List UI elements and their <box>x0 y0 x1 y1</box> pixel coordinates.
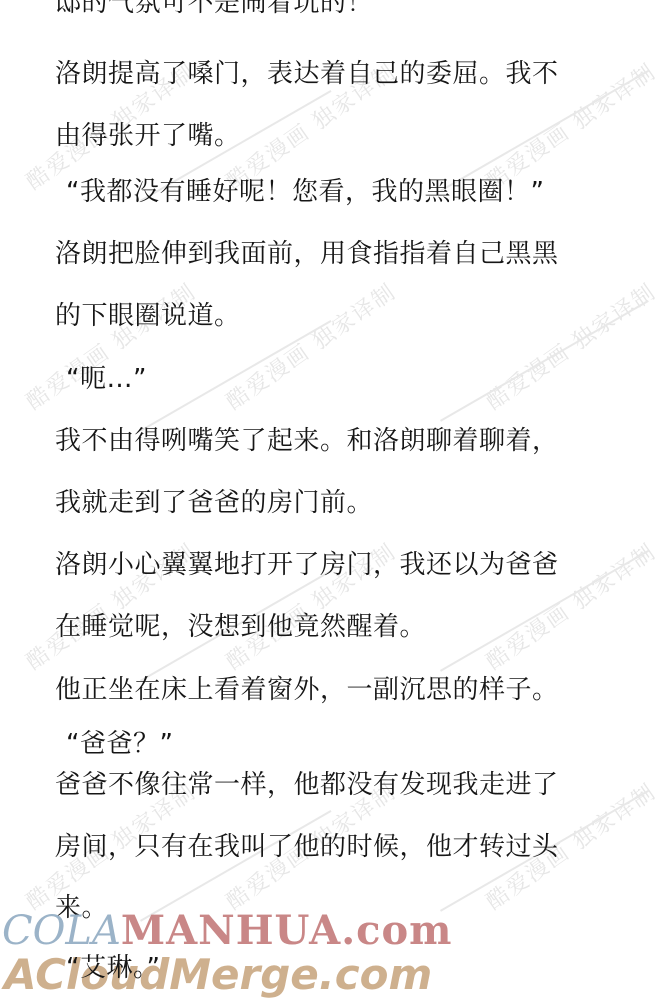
paragraph-line: 爸爸不像往常一样，他都没有发现我走进了 <box>55 768 559 802</box>
paragraph-line: 洛朗把脸伸到我面前，用食指指着自己黑黑 <box>55 237 559 271</box>
paragraph-line: 洛朗小心翼翼地打开了房门，我还以为爸爸 <box>55 548 559 582</box>
paragraph-line: 在睡觉呢，没想到他竟然醒着。 <box>55 610 426 644</box>
dialogue-line: “爸爸？” <box>66 727 173 761</box>
paragraph-line: 由得张开了嘴。 <box>55 119 241 153</box>
paragraph-line: 洛朗提高了嗓门，表达着自己的委屈。我不 <box>55 57 559 91</box>
novel-page: 邸的气氛可不是闹着玩的！ 洛朗提高了嗓门，表达着自己的委屈。我不 由得张开了嘴。… <box>0 0 660 1001</box>
watermark-cola-part: COLA <box>2 908 121 954</box>
dialogue-line: “呃…” <box>66 362 147 396</box>
paragraph-line: 的下眼圈说道。 <box>55 299 241 333</box>
paragraph-line: 我就走到了爸爸的房门前。 <box>55 486 373 520</box>
watermark-manhua-part: MANHUA.com <box>121 907 453 954</box>
dialogue-line: “我都没有睡好呢！您看，我的黑眼圈！” <box>66 175 544 209</box>
paragraph-line: 他正坐在床上看着窗外，一副沉思的样子。 <box>55 673 559 707</box>
paragraph-line: 邸的气氛可不是闹着玩的！ <box>55 0 373 20</box>
colamanhua-watermark: COLAMANHUA.com <box>2 907 453 954</box>
paragraph-line: 房间，只有在我叫了他的时候，他才转过头 <box>55 830 559 864</box>
paragraph-line: 我不由得咧嘴笑了起来。和洛朗聊着聊着， <box>55 424 559 458</box>
dialogue-line: “艾琳。” <box>66 951 160 985</box>
